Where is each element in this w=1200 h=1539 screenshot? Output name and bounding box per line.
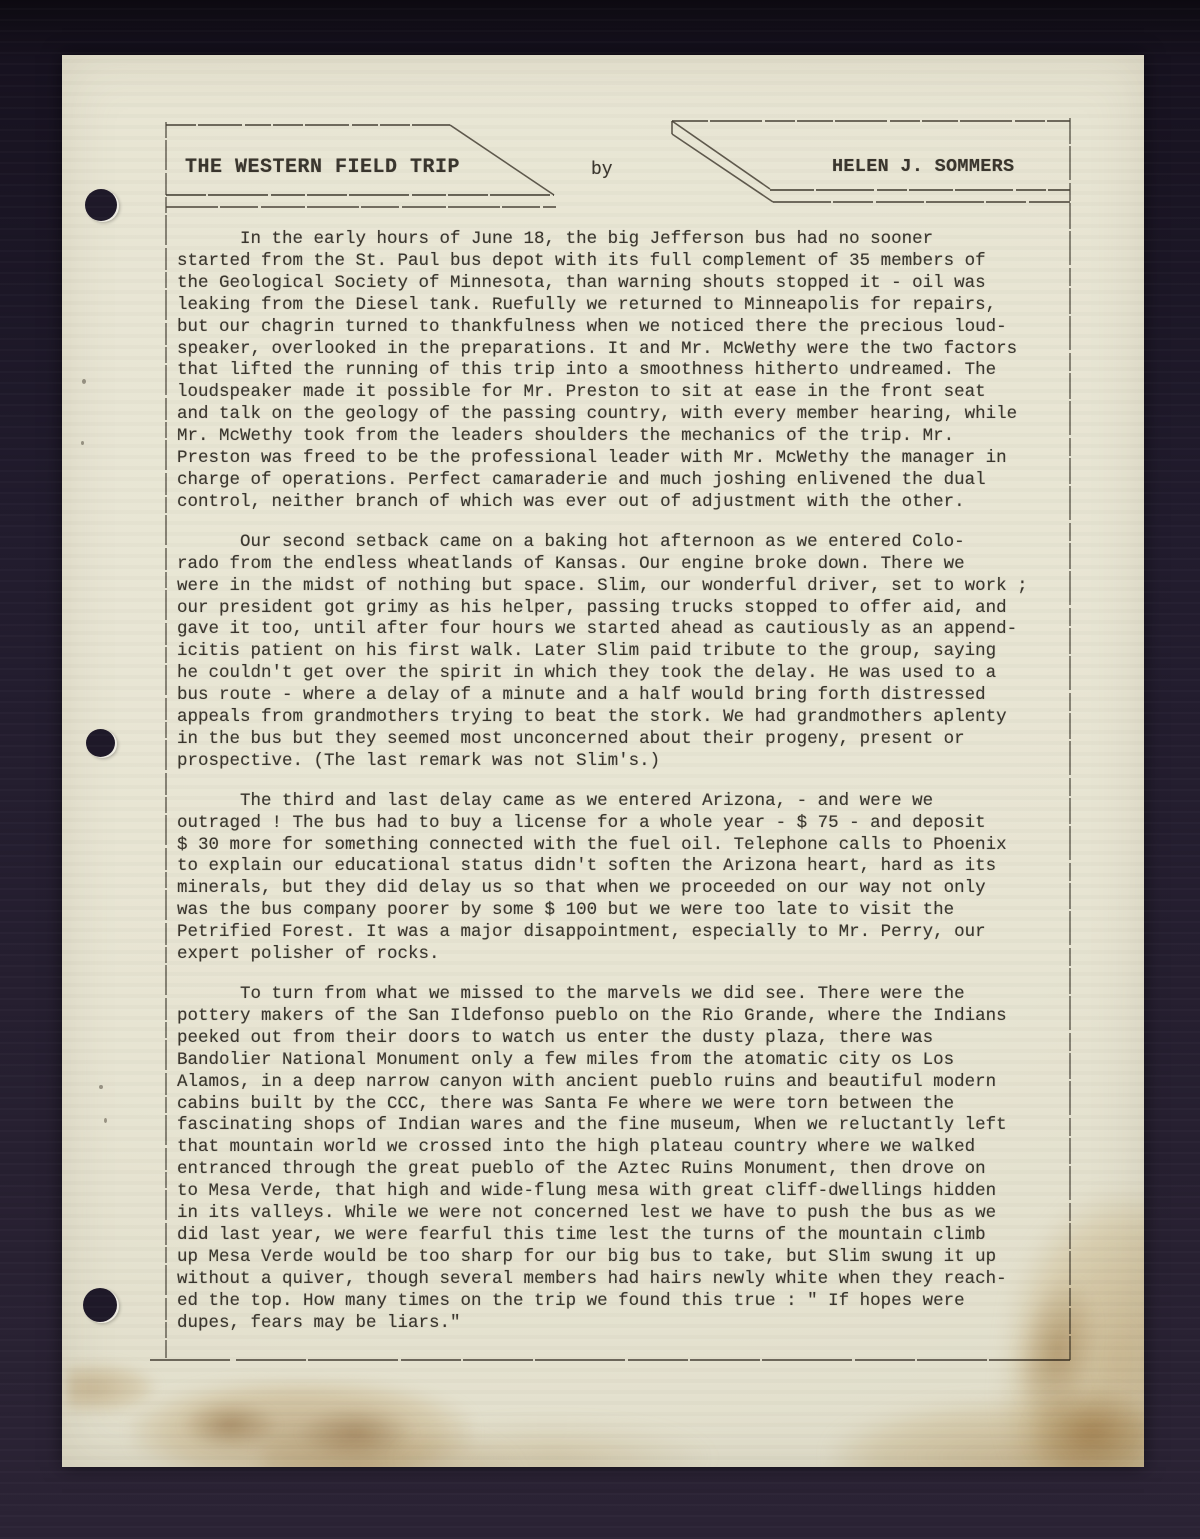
paper-speck <box>82 379 86 384</box>
stain-bottom-right-corner <box>1027 1385 1144 1467</box>
document-title: THE WESTERN FIELD TRIP <box>185 156 460 179</box>
byline: by <box>591 160 613 180</box>
stain-bottom-left-tail <box>262 1435 522 1467</box>
stain-bottom-left-band <box>132 1380 472 1467</box>
paper-speck <box>81 441 84 445</box>
banner-right-diagonal-1 <box>672 121 770 189</box>
punch-hole-bottom <box>83 1288 117 1322</box>
paragraph-4: To turn from what we missed to the marve… <box>177 984 1077 1335</box>
document-page: THE WESTERN FIELD TRIP by HELEN J. SOMME… <box>62 55 1144 1467</box>
document-body: In the early hours of June 18, the big J… <box>177 229 1077 1335</box>
banner-left-diagonal <box>450 125 554 195</box>
stain-bottom-right <box>832 1400 1144 1467</box>
stain-bottom-middle <box>392 1420 712 1467</box>
banner-right-diagonal-2 <box>672 134 773 202</box>
paragraph-1: In the early hours of June 18, the big J… <box>177 229 1077 514</box>
paragraph-2: Our second setback came on a baking hot … <box>177 532 1077 773</box>
paper-speck <box>99 1085 103 1089</box>
punch-hole-middle <box>86 729 115 757</box>
paragraph-3: The third and last delay came as we ente… <box>177 791 1077 966</box>
stain-bottom-left-streak <box>66 1363 156 1413</box>
photo-background: THE WESTERN FIELD TRIP by HELEN J. SOMME… <box>0 0 1200 1539</box>
paper-speck <box>104 1118 107 1123</box>
author-name: HELEN J. SOMMERS <box>832 156 1014 177</box>
stain-bottom-left-spot <box>180 1400 280 1450</box>
punch-hole-top <box>85 189 117 221</box>
stain-bottom-left-spot <box>297 1405 417 1460</box>
